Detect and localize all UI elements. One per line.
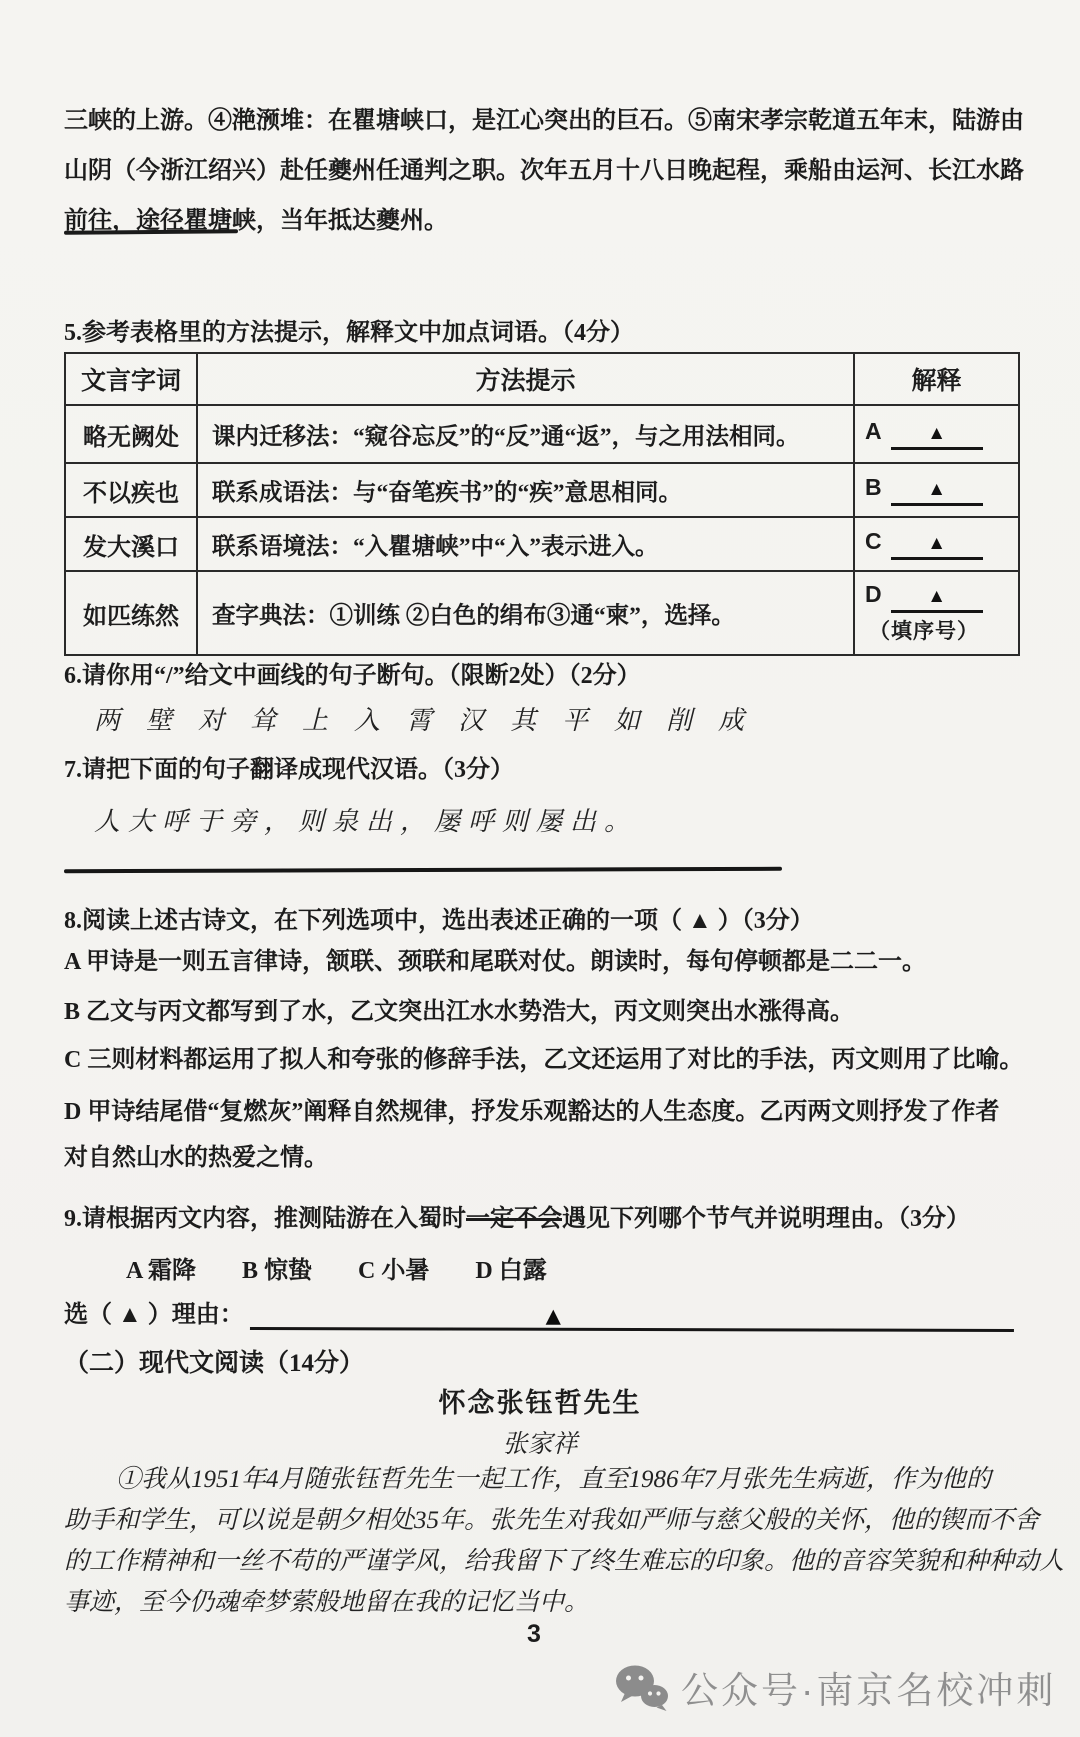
word-cell: 如匹练然 [65,571,197,655]
answer-cell: B▲ [854,463,1019,517]
intro-paragraph: 三峡的上游。④滟滪堆：在瞿塘峡口，是江心突出的巨石。⑤南宋孝宗乾道五年末，陆游由… [64,96,1024,246]
intro-line: 前往，途径瞿塘峡，当年抵达夔州。 [64,196,1024,246]
word-cell: 不以疾也 [65,463,197,517]
q9-option-d: D 白露 [475,1250,546,1285]
answer-blank: ▲ [891,583,983,613]
q9-option-b: B 惊蛰 [242,1250,312,1285]
answer-blank: ▲ [891,530,983,560]
q9-title-struck: 一定不会 [466,1206,562,1232]
q7-quoted-sentence: 人大呼于旁，则泉出，屡呼则屡出。 [94,801,638,838]
answer-line [64,867,782,874]
q6-quoted-sentence: 两壁对耸上入霄汉其平如削成 [94,700,770,737]
choose-label: 选（ ▲ ）理由： [64,1299,244,1331]
header-word-column: 文言字词 [65,353,197,405]
essay-paragraph-1: ①我从1951年4月随张钰哲先生一起工作，直至1986年7月张先生病逝，作为他的… [64,1459,1064,1623]
answer-blank: ▲ [891,420,983,450]
option-d: D 甲诗结尾借“复燃灰”阐释自然规律，抒发乐观豁达的人生态度。乙丙两文则抒发了作… [64,1100,1029,1124]
answer-letter: B [865,474,882,500]
triangle-mark: ▲ [540,1304,566,1330]
watermark-text: 公众号·南京名校冲刺 [681,1660,1056,1714]
intro-line: 山阴（今浙江绍兴）赴任夔州任通判之职。次年五月十八日晚起程，乘船由运河、长江水路 [64,146,1024,196]
section-2-heading: （二）现代文阅读（14分） [64,1343,364,1379]
question-5-title: 5.参考表格里的方法提示，解释文中加点词语。（4分） [64,312,634,347]
answer-letter: D [865,581,882,607]
option-a: A 甲诗是一则五言律诗，颔联、颈联和尾联对仗。朗读时，每句停顿都是二二一。 [64,950,1029,974]
table-row: 如匹练然 查字典法：①训练 ②白色的绢布③通“柬”，选择。 D▲ （填序号） [65,571,1019,655]
paragraph-line: 的工作精神和一丝不苟的严谨学风，给我留下了终生难忘的印象。他的音容笑貌和种种动人 [64,1541,1064,1582]
paragraph-line: 事迹，至今仍魂牵梦萦般地留在我的记忆当中。 [64,1582,1064,1623]
answer-cell: D▲ （填序号） [854,571,1019,655]
table-row: 略无阙处 课内迁移法：“窥谷忘反”的“反”通“返”，与之用法相同。 A▲ [65,405,1019,463]
paragraph-line: ①我从1951年4月随张钰哲先生一起工作，直至1986年7月张先生病逝，作为他的 [64,1459,1064,1500]
word-cell: 略无阙处 [65,405,197,463]
triangle-mark: ▲ [927,533,946,554]
q9-option-c: C 小暑 [358,1250,429,1285]
q9-answer-row: 选（ ▲ ）理由： ▲ [64,1294,1014,1331]
table-row: 发大溪口 联系语境法：“入瞿塘峡”中“入”表示进入。 C▲ [65,517,1019,571]
footer-watermark: 公众号·南京名校冲刺 [615,1660,1056,1714]
option-b: B 乙文与丙文都写到了水，乙文突出江水水势浩大，丙文则突出水涨得高。 [64,1000,1029,1024]
hint-cell: 联系语境法：“入瞿塘峡”中“入”表示进入。 [197,517,854,571]
question-8-title: 8.阅读上述古诗文，在下列选项中，选出表述正确的一项（ ▲ ）（3分） [64,900,814,935]
fill-number-note: （填序号） [869,615,1018,645]
answer-blank: ▲ [891,476,983,506]
triangle-mark: ▲ [927,586,946,607]
q9-option-a: A 霜降 [126,1250,196,1285]
hint-cell: 查字典法：①训练 ②白色的绢布③通“柬”，选择。 [197,571,854,655]
page-number: 3 [0,1620,1068,1649]
header-hint-column: 方法提示 [197,353,854,405]
option-d-continued: 对自然山水的热爱之情。 [64,1146,1029,1170]
option-c: C 三则材料都运用了拟人和夸张的修辞手法，乙文还运用了对比的手法，丙文则用了比喻… [64,1048,1029,1072]
header-explain-column: 解释 [854,353,1019,405]
answer-cell: A▲ [854,405,1019,463]
answer-letter: A [865,418,882,444]
intro-line: 三峡的上游。④滟滪堆：在瞿塘峡口，是江心突出的巨石。⑤南宋孝宗乾道五年末，陆游由 [64,96,1024,146]
essay-author: 张家祥 [0,1424,1080,1460]
question-6-title: 6.请你用“/”给文中画线的句子断句。（限断2处）（2分） [64,655,641,690]
q9-title-post: 遇见下列哪个节气并说明理由。（3分） [562,1206,970,1232]
table-header-row: 文言字词 方法提示 解释 [65,353,1019,405]
paragraph-line: 助手和学生，可以说是朝夕相处35年。张先生对我如严师与慈父般的关怀，他的锲而不舍 [64,1500,1064,1541]
reason-blank-line: ▲ [250,1293,1014,1332]
exam-page: 三峡的上游。④滟滪堆：在瞿塘峡口，是江心突出的巨石。⑤南宋孝宗乾道五年末，陆游由… [0,0,1080,1737]
question-9-title: 9.请根据丙文内容，推测陆游在入蜀时一定不会遇见下列哪个节气并说明理由。（3分） [64,1198,970,1233]
q9-title-pre: 9.请根据丙文内容，推测陆游在入蜀时 [64,1206,466,1232]
triangle-mark: ▲ [927,423,946,444]
q9-options: A 霜降 B 惊蛰 C 小暑 D 白露 [126,1250,547,1285]
hint-cell: 联系成语法：与“奋笔疾书”的“疾”意思相同。 [197,463,854,517]
answer-letter: C [865,528,882,554]
hint-cell: 课内迁移法：“窥谷忘反”的“反”通“返”，与之用法相同。 [197,405,854,463]
q8-options: A 甲诗是一则五言律诗，颔联、颈联和尾联对仗。朗读时，每句停顿都是二二一。 B … [64,950,1029,1170]
word-cell: 发大溪口 [65,517,197,571]
q5-method-table: 文言字词 方法提示 解释 略无阙处 课内迁移法：“窥谷忘反”的“反”通“返”，与… [64,352,1020,656]
wechat-icon [615,1664,669,1711]
essay-title: 怀念张钰哲先生 [0,1381,1080,1420]
question-7-title: 7.请把下面的句子翻译成现代汉语。（3分） [64,749,514,784]
triangle-mark: ▲ [927,479,946,500]
table-row: 不以疾也 联系成语法：与“奋笔疾书”的“疾”意思相同。 B▲ [65,463,1019,517]
answer-cell: C▲ [854,517,1019,571]
